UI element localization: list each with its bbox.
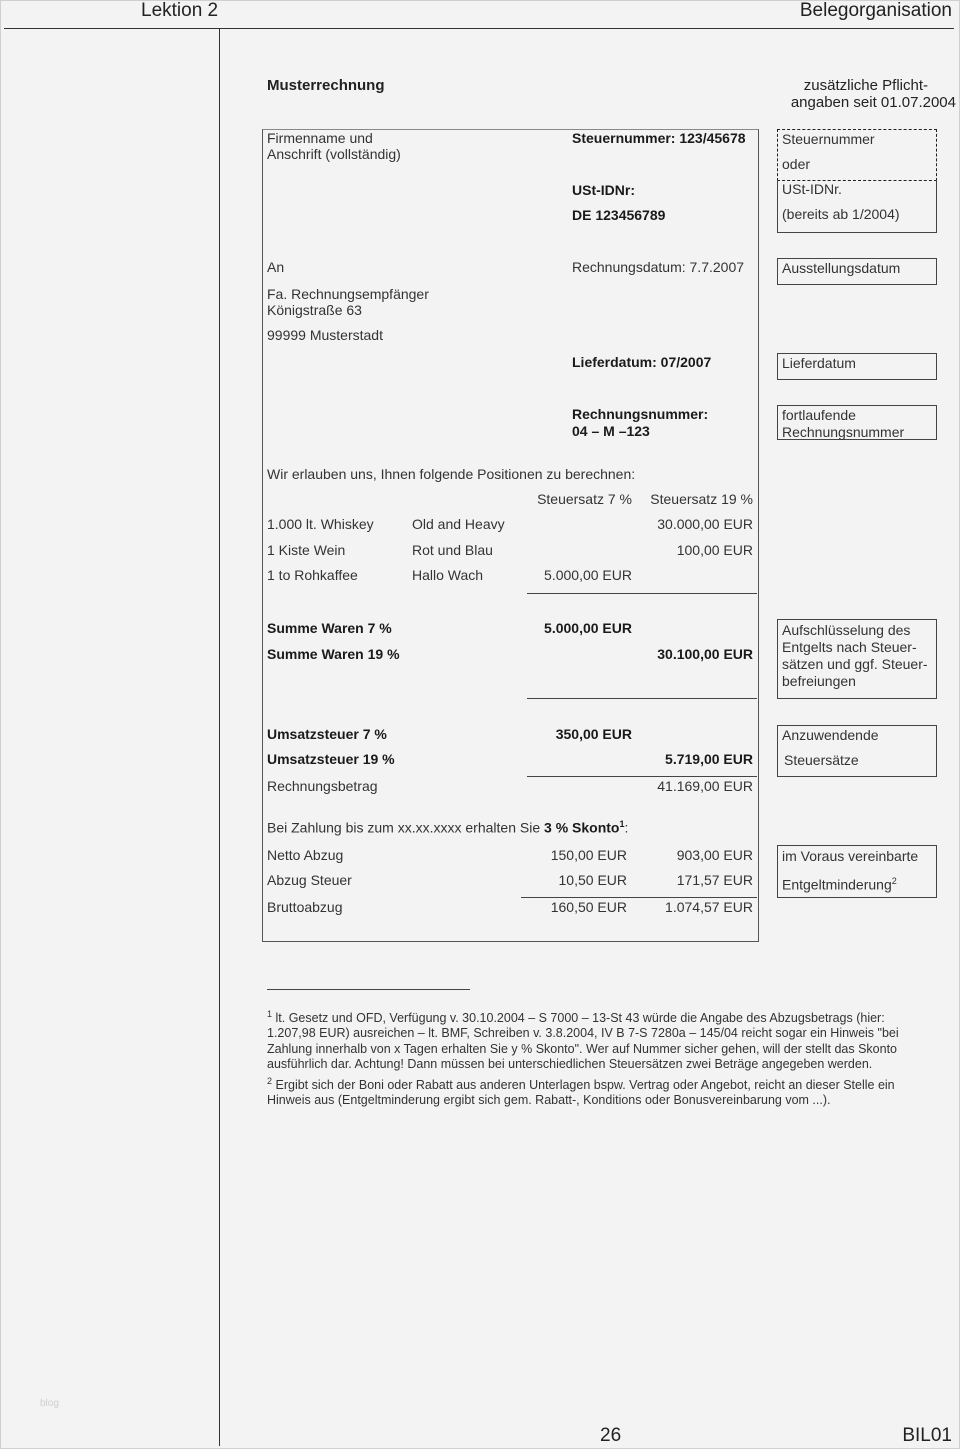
steuernummer: Steuernummer: 123/45678 (572, 130, 746, 146)
footnote-1: 1 lt. Gesetz und OFD, Verfügung v. 30.10… (267, 1007, 917, 1072)
footnote-rule (267, 989, 470, 990)
footnote-2-mark: 2 (267, 1076, 272, 1086)
sidebox-steuersaetze: Anzuwendende Steuersätze (777, 725, 937, 777)
skonto-suffix: : (625, 820, 629, 836)
skonto-rate: 3 % Skonto (544, 820, 619, 836)
vat-19-label: Umsatzsteuer 19 % (267, 751, 395, 767)
sidebox-entgeltminderung: im Voraus vereinbarte Entgeltminderung2 (777, 845, 937, 898)
sidebox-text: Entgelts nach Steuer- (782, 639, 932, 656)
vat-7-label: Umsatzsteuer 7 % (267, 726, 387, 742)
sidebox-steuernummer: Steuernummer oder (777, 129, 937, 181)
footnote-ref-2: 2 (892, 876, 897, 886)
page-number: 26 (600, 1425, 621, 1447)
sender-line2: Anschrift (vollständig) (267, 146, 401, 162)
sidebox-text: Entgeltminderung (782, 877, 892, 893)
footnote-2: 2 Ergibt sich der Boni oder Rabatt aus a… (267, 1074, 917, 1109)
sum-goods-7-value: 5.000,00 EUR (544, 620, 632, 636)
skonto-row-19: 171,57 EUR (677, 872, 753, 888)
invoice-number-value: 04 – M –123 (572, 423, 650, 439)
column-header-7: Steuersatz 7 % (537, 491, 632, 507)
skonto-row-label: Abzug Steuer (267, 872, 352, 888)
item-qty: 1.000 lt. Whiskey (267, 516, 374, 532)
sidebox-text: im Voraus vereinbarte (782, 848, 932, 865)
header-rule (4, 28, 954, 29)
sidebox-text: oder (782, 156, 932, 173)
skonto-row-19: 1.074,57 EUR (665, 899, 753, 915)
sidebox-text: Aufschlüsselung des (782, 622, 932, 639)
vat-7-value: 350,00 EUR (556, 726, 632, 742)
sidebox-text-with-ref: Entgeltminderung2 (782, 873, 932, 894)
sidebox-ustid: USt-IDNr. (bereits ab 1/2004) (777, 180, 937, 233)
item-value-19: 100,00 EUR (677, 542, 753, 558)
total-label: Rechnungsbetrag (267, 778, 378, 794)
recipient-city: 99999 Musterstadt (267, 327, 383, 343)
invoice-date: Rechnungsdatum: 7.7.2007 (572, 259, 744, 275)
skonto-row-7: 10,50 EUR (559, 872, 627, 888)
sidebox-ausstellungsdatum: Ausstellungsdatum (777, 258, 937, 285)
footnote-1-mark: 1 (267, 1009, 272, 1019)
vat-19-value: 5.719,00 EUR (665, 751, 753, 767)
item-name: Rot und Blau (412, 542, 493, 558)
header-lesson: Lektion 2 (141, 0, 218, 22)
item-value-19: 30.000,00 EUR (657, 516, 753, 532)
sidebox-lieferdatum: Lieferdatum (777, 353, 937, 380)
skonto-row-label: Bruttoabzug (267, 899, 343, 915)
sidebox-text: Rechnungsnummer (782, 424, 932, 441)
skonto-row-7: 160,50 EUR (551, 899, 627, 915)
sum-goods-7-label: Summe Waren 7 % (267, 620, 392, 636)
sidebox-text: Steuernummer (782, 131, 932, 148)
footnote-1-text: lt. Gesetz und OFD, Verfügung v. 30.10.2… (267, 1011, 899, 1071)
total-value: 41.169,00 EUR (657, 778, 753, 794)
skonto-rule (521, 897, 757, 898)
recipient-name: Fa. Rechnungsempfänger (267, 286, 429, 302)
skonto-row-label: Netto Abzug (267, 847, 343, 863)
delivery-date: Lieferdatum: 07/2007 (572, 354, 711, 370)
sidebox-text: Ausstellungsdatum (782, 260, 932, 277)
item-qty: 1 to Rohkaffee (267, 567, 358, 583)
sidebox-text: Lieferdatum (782, 355, 932, 372)
ust-label: USt-IDNr: (572, 182, 635, 198)
column-header-19: Steuersatz 19 % (650, 491, 753, 507)
ust-value: DE 123456789 (572, 207, 665, 223)
sidebox-text: Steuersätze (782, 752, 932, 769)
recipient-prefix: An (267, 259, 284, 275)
skonto-prefix: Bei Zahlung bis zum xx.xx.xxxx erhalten … (267, 820, 544, 836)
sidebox-text: (bereits ab 1/2004) (782, 206, 932, 223)
subtotal-rule (527, 593, 757, 594)
sidebox-aufschluesselung: Aufschlüsselung des Entgelts nach Steuer… (777, 619, 937, 699)
total-rule (527, 776, 757, 777)
item-qty: 1 Kiste Wein (267, 542, 345, 558)
recipient-street: Königstraße 63 (267, 302, 362, 318)
sum-goods-19-value: 30.100,00 EUR (657, 646, 753, 662)
sender-line1: Firmenname und (267, 130, 373, 146)
invoice-number-label: Rechnungsnummer: (572, 406, 708, 422)
item-name: Hallo Wach (412, 567, 483, 583)
skonto-row-7: 150,00 EUR (551, 847, 627, 863)
sidebox-text: befreiungen (782, 673, 932, 690)
side-note-line2: angaben seit 01.07.2004 (791, 94, 956, 111)
document-code: BIL01 (902, 1425, 952, 1447)
sidebox-rechnungsnummer: fortlaufende Rechnungsnummer (777, 405, 937, 440)
margin-rule (219, 29, 220, 1446)
sidebox-text: fortlaufende (782, 407, 932, 424)
sidebox-text: Anzuwendende (782, 727, 932, 744)
sidebox-text: sätzen und ggf. Steuer- (782, 656, 932, 673)
item-value-7: 5.000,00 EUR (544, 567, 632, 583)
sidebox-text: USt-IDNr. (782, 181, 932, 198)
sum-goods-19-label: Summe Waren 19 % (267, 646, 400, 662)
page-title: Musterrechnung (267, 77, 385, 94)
skonto-row-19: 903,00 EUR (677, 847, 753, 863)
skonto-line: Bei Zahlung bis zum xx.xx.xxxx erhalten … (267, 819, 628, 836)
item-name: Old and Heavy (412, 516, 505, 532)
side-note-line1: zusätzliche Pflicht- (804, 77, 928, 94)
positions-intro: Wir erlauben uns, Ihnen folgende Positio… (267, 466, 635, 482)
watermark: blog (40, 1398, 59, 1409)
sum-rule (527, 698, 757, 699)
header-topic: Belegorganisation (800, 0, 952, 22)
footnote-2-text: Ergibt sich der Boni oder Rabatt aus and… (267, 1078, 895, 1107)
